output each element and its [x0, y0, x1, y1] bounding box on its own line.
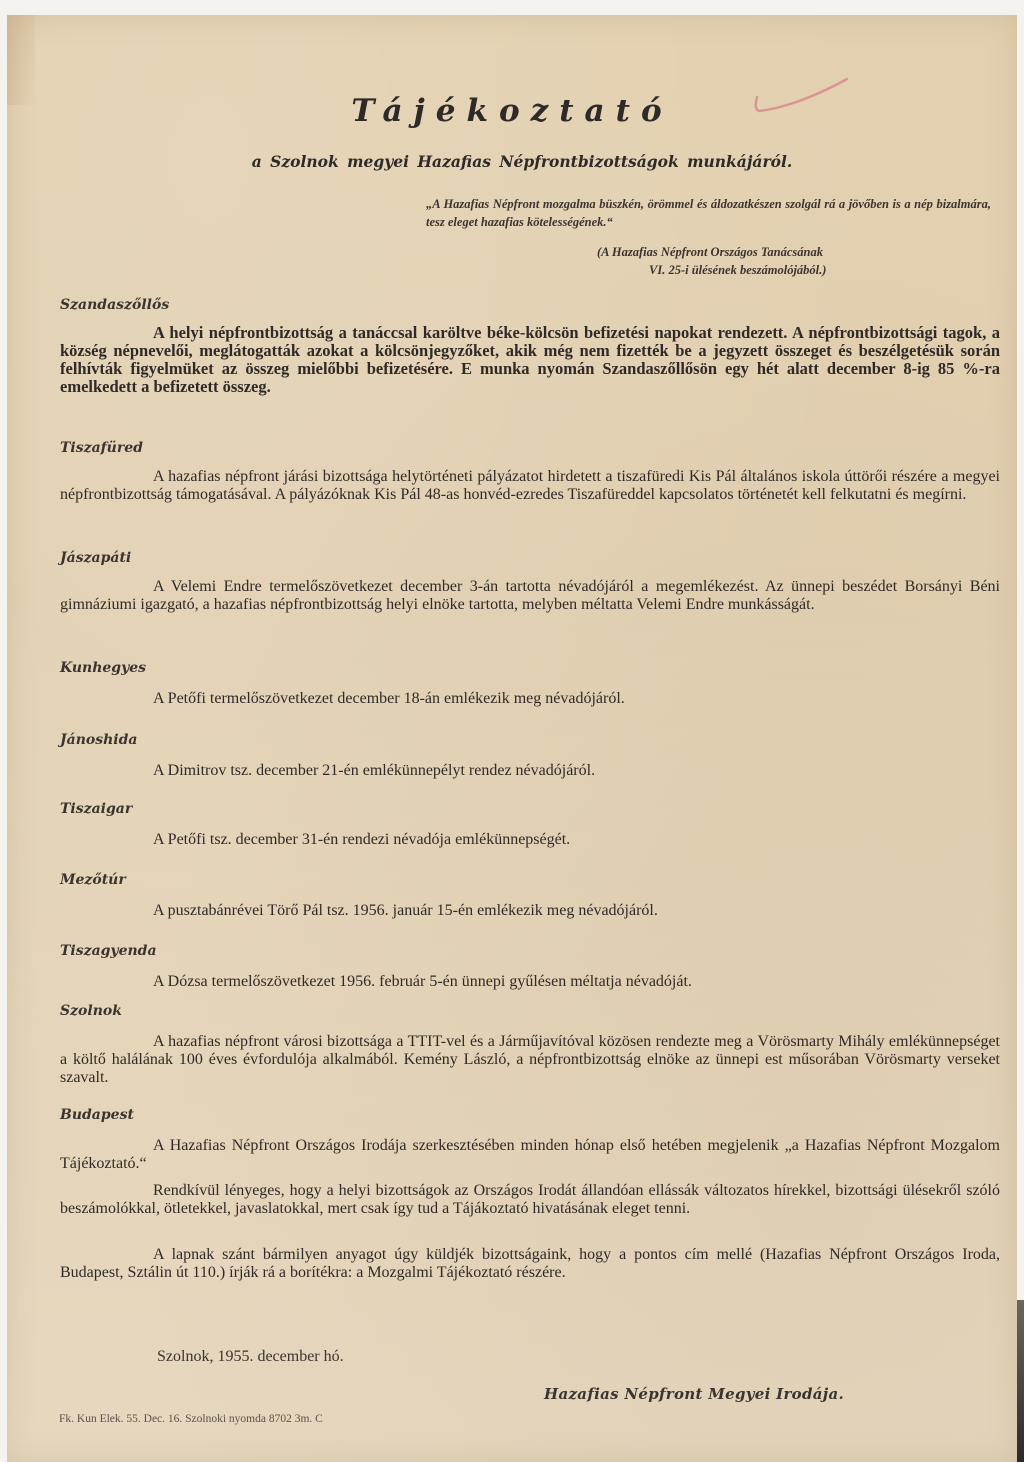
section-paragraph: A lapnak szánt bármilyen anyagot úgy kül…: [60, 1246, 1000, 1282]
epigraph-source: (A Hazafias Népfront Országos Tanácsának…: [597, 243, 937, 279]
section-heading: Jászapáti: [60, 550, 131, 566]
section-paragraph: A Petőfi tsz. december 31-én rendezi név…: [60, 831, 1000, 849]
printer-imprint: Fk. Kun Elek. 55. Dec. 16. Szolnoki nyom…: [59, 1413, 323, 1425]
epigraph-source-line: VI. 25-i ülésének beszámolójából.): [597, 261, 937, 279]
section-paragraph: A pusztabánrévei Törő Pál tsz. 1956. jan…: [60, 902, 1000, 920]
epigraph-source-line: (A Hazafias Népfront Országos Tanácsának: [597, 243, 937, 261]
paper-fold: [7, 15, 35, 105]
document-title: Tájékoztató: [7, 93, 1017, 129]
section-paragraph: A Dimitrov tsz. december 21-én emlékünne…: [60, 762, 1000, 780]
section-heading: Szandaszőllős: [60, 297, 169, 313]
section-paragraph: A hazafias népfront városi bizottsága a …: [60, 1033, 1000, 1087]
section-heading: Budapest: [60, 1107, 134, 1123]
section-heading: Szolnok: [60, 1003, 122, 1019]
section-paragraph: Rendkívül lényeges, hogy a helyi bizotts…: [60, 1182, 1000, 1218]
section-paragraph: A Dózsa termelőszövetkezet 1956. február…: [60, 973, 1000, 991]
section-heading: Tiszaigar: [60, 801, 132, 817]
document-subtitle: a Szolnok megyei Hazafias Népfrontbizott…: [7, 152, 1017, 171]
section-heading: Jánoshida: [60, 732, 137, 748]
section-heading: Kunhegyes: [60, 660, 146, 676]
section-heading: Tiszafüred: [60, 440, 143, 456]
section-paragraph: A Velemi Endre termelőszövetkezet decemb…: [60, 578, 1000, 614]
section-paragraph: A hazafias népfront járási bizottsága he…: [60, 468, 1000, 504]
document-page: Tájékoztató a Szolnok megyei Hazafias Né…: [7, 15, 1017, 1462]
section-paragraph: A Petőfi termelőszövetkezet december 18-…: [60, 690, 1000, 708]
document-signature: Hazafias Népfront Megyei Irodája.: [544, 1385, 844, 1403]
section-heading: Tiszagyenda: [60, 943, 157, 959]
section-heading: Mezőtúr: [60, 872, 126, 888]
document-date: Szolnok, 1955. december hó.: [157, 1348, 344, 1366]
epigraph-quote: „A Hazafias Népfront mozgalma büszkén, ö…: [426, 195, 991, 231]
section-paragraph: A Hazafias Népfront Országos Irodája sze…: [60, 1137, 1000, 1173]
section-paragraph: A helyi népfrontbizottság a tanáccsal ka…: [60, 324, 1000, 396]
